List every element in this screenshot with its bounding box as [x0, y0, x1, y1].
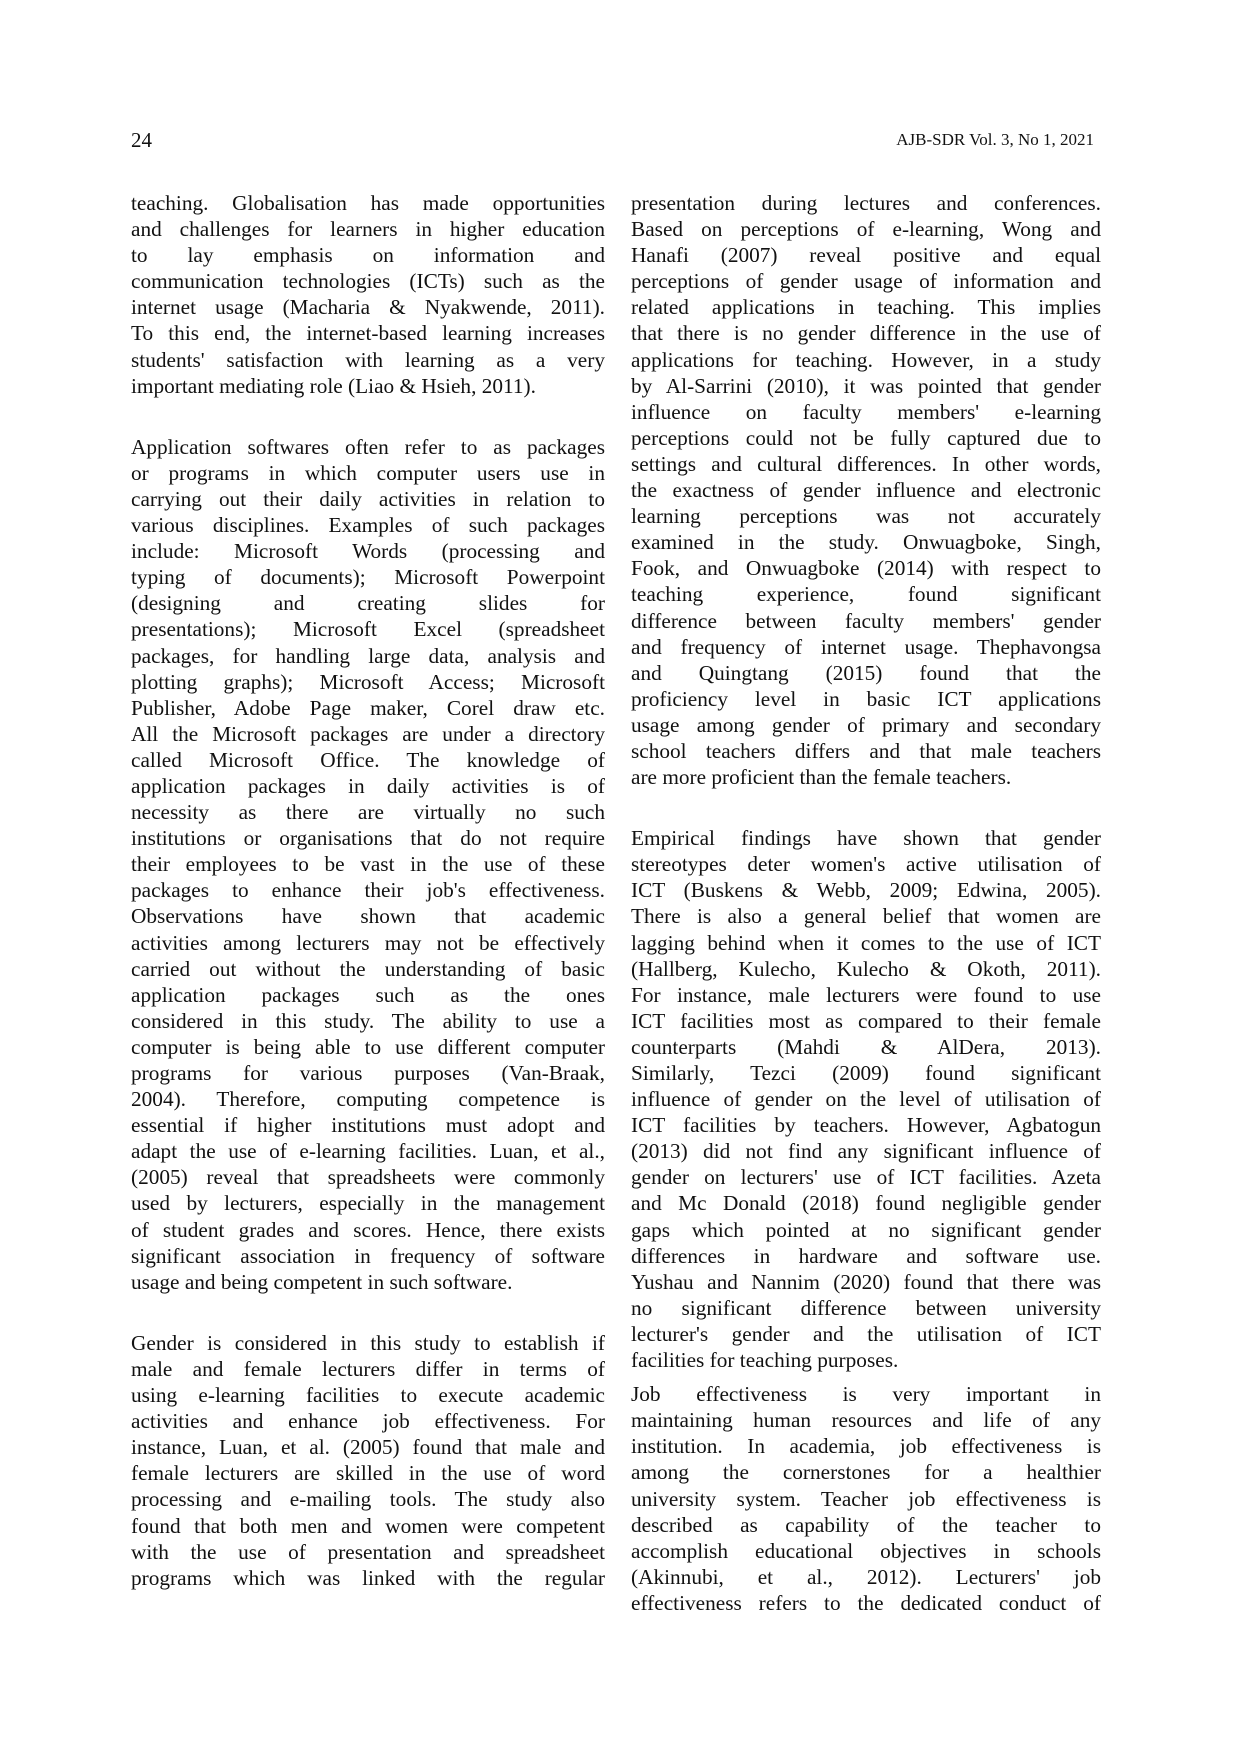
text-line: plotting graphs); Microsoft Access; Micr… — [131, 669, 605, 695]
text-line: computer is being able to use different … — [131, 1034, 605, 1060]
text-line: programs for various purposes (Van-Braak… — [131, 1060, 605, 1086]
text-line: teaching experience, found significant — [631, 581, 1101, 607]
text-line: applications for teaching. However, in a… — [631, 347, 1101, 373]
text-line: Gender is considered in this study to es… — [131, 1330, 605, 1356]
text-line: (Hallberg, Kulecho, Kulecho & Okoth, 201… — [631, 956, 1101, 982]
text-line: internet usage (Macharia & Nyakwende, 20… — [131, 294, 605, 320]
paragraph: Empirical findings have shown that gende… — [631, 825, 1101, 1373]
text-line: differences in hardware and software use… — [631, 1243, 1101, 1269]
text-line: learning perceptions was not accurately — [631, 503, 1101, 529]
paragraph-gap — [631, 790, 1101, 825]
text-line: male and female lecturers differ in term… — [131, 1356, 605, 1382]
text-line: processing and e-mailing tools. The stud… — [131, 1486, 605, 1512]
text-line: Based on perceptions of e-learning, Wong… — [631, 216, 1101, 242]
text-line: Hanafi (2007) reveal positive and equal — [631, 242, 1101, 268]
text-line: described as capability of the teacher t… — [631, 1512, 1101, 1538]
text-line: Similarly, Tezci (2009) found significan… — [631, 1060, 1101, 1086]
text-line: presentations); Microsoft Excel (spreads… — [131, 616, 605, 642]
paragraph: Gender is considered in this study to es… — [131, 1330, 605, 1591]
page-number: 24 — [131, 127, 152, 153]
text-line: and frequency of internet usage. Thephav… — [631, 634, 1101, 660]
text-line: the exactness of gender influence and el… — [631, 477, 1101, 503]
text-line: related applications in teaching. This i… — [631, 294, 1101, 320]
text-line: (designing and creating slides for — [131, 590, 605, 616]
text-line: institution. In academia, job effectiven… — [631, 1433, 1101, 1459]
text-line: lagging behind when it comes to the use … — [631, 930, 1101, 956]
text-line: called Microsoft Office. The knowledge o… — [131, 747, 605, 773]
text-line: are more proficient than the female teac… — [631, 764, 1101, 790]
text-line: influence on faculty members' e-learning — [631, 399, 1101, 425]
text-line: and challenges for learners in higher ed… — [131, 216, 605, 242]
text-line: perceptions could not be fully captured … — [631, 425, 1101, 451]
text-line: facilities for teaching purposes. — [631, 1347, 1101, 1373]
text-line: with the use of presentation and spreads… — [131, 1539, 605, 1565]
text-line: perceptions of gender usage of informati… — [631, 268, 1101, 294]
text-line: application packages such as the ones — [131, 982, 605, 1008]
text-line: found that both men and women were compe… — [131, 1513, 605, 1539]
text-line: accomplish educational objectives in sch… — [631, 1538, 1101, 1564]
text-line: packages to enhance their job's effectiv… — [131, 877, 605, 903]
text-line: carried out without the understanding of… — [131, 956, 605, 982]
text-line: To this end, the internet-based learning… — [131, 320, 605, 346]
text-line: usage among gender of primary and second… — [631, 712, 1101, 738]
text-line: Job effectiveness is very important in — [631, 1381, 1101, 1407]
text-line: effectiveness refers to the dedicated co… — [631, 1590, 1101, 1616]
text-line: activities among lecturers may not be ef… — [131, 930, 605, 956]
text-line: ICT facilities most as compared to their… — [631, 1008, 1101, 1034]
text-line: used by lecturers, especially in the man… — [131, 1190, 605, 1216]
text-line: typing of documents); Microsoft Powerpoi… — [131, 564, 605, 590]
text-line: various disciplines. Examples of such pa… — [131, 512, 605, 538]
text-line: school teachers differs and that male te… — [631, 738, 1101, 764]
text-line: adapt the use of e-learning facilities. … — [131, 1138, 605, 1164]
text-line: 2004). Therefore, computing competence i… — [131, 1086, 605, 1112]
text-line: institutions or organisations that do no… — [131, 825, 605, 851]
text-line: by Al-Sarrini (2010), it was pointed tha… — [631, 373, 1101, 399]
text-line: that there is no gender difference in th… — [631, 320, 1101, 346]
text-line: ICT facilities by teachers. However, Agb… — [631, 1112, 1101, 1138]
text-line: carrying out their daily activities in r… — [131, 486, 605, 512]
text-line: (2005) reveal that spreadsheets were com… — [131, 1164, 605, 1190]
text-line: or programs in which computer users use … — [131, 460, 605, 486]
text-line: significant association in frequency of … — [131, 1243, 605, 1269]
text-line: ICT (Buskens & Webb, 2009; Edwina, 2005)… — [631, 877, 1101, 903]
text-line: include: Microsoft Words (processing and — [131, 538, 605, 564]
text-line: Observations have shown that academic — [131, 903, 605, 929]
text-line: Publisher, Adobe Page maker, Corel draw … — [131, 695, 605, 721]
text-line: There is also a general belief that wome… — [631, 903, 1101, 929]
text-line: important mediating role (Liao & Hsieh, … — [131, 373, 605, 399]
text-line: (2013) did not find any significant infl… — [631, 1138, 1101, 1164]
text-line: no significant difference between univer… — [631, 1295, 1101, 1321]
text-line: gender on lecturers' use of ICT faciliti… — [631, 1164, 1101, 1190]
text-line: usage and being competent in such softwa… — [131, 1269, 605, 1295]
text-line: necessity as there are virtually no such — [131, 799, 605, 825]
text-line: essential if higher institutions must ad… — [131, 1112, 605, 1138]
paragraph: Job effectiveness is very important inma… — [631, 1381, 1101, 1616]
text-line: proficiency level in basic ICT applicati… — [631, 686, 1101, 712]
text-line: Fook, and Onwuagboke (2014) with respect… — [631, 555, 1101, 581]
text-line: presentation during lectures and confere… — [631, 190, 1101, 216]
text-line: gaps which pointed at no significant gen… — [631, 1217, 1101, 1243]
paragraph-gap — [631, 1373, 1101, 1381]
text-line: packages, for handling large data, analy… — [131, 643, 605, 669]
text-line: of student grades and scores. Hence, the… — [131, 1217, 605, 1243]
text-line: Yushau and Nannim (2020) found that ther… — [631, 1269, 1101, 1295]
paragraph: teaching. Globalisation has made opportu… — [131, 190, 605, 399]
text-line: examined in the study. Onwuagboke, Singh… — [631, 529, 1101, 555]
text-line: teaching. Globalisation has made opportu… — [131, 190, 605, 216]
text-line: counterparts (Mahdi & AlDera, 2013). — [631, 1034, 1101, 1060]
paragraph: Application softwares often refer to as … — [131, 434, 605, 1295]
text-line: female lecturers are skilled in the use … — [131, 1460, 605, 1486]
text-line: and Mc Donald (2018) found negligible ge… — [631, 1190, 1101, 1216]
text-line: For instance, male lecturers were found … — [631, 982, 1101, 1008]
text-line: difference between faculty members' gend… — [631, 608, 1101, 634]
text-line: communication technologies (ICTs) such a… — [131, 268, 605, 294]
left-column: teaching. Globalisation has made opportu… — [131, 190, 605, 1591]
text-line: programs which was linked with the regul… — [131, 1565, 605, 1591]
text-line: Application softwares often refer to as … — [131, 434, 605, 460]
text-line: stereotypes deter women's active utilisa… — [631, 851, 1101, 877]
running-head: AJB-SDR Vol. 3, No 1, 2021 — [896, 129, 1094, 151]
paragraph-gap — [131, 1295, 605, 1330]
text-line: influence of gender on the level of util… — [631, 1086, 1101, 1112]
text-line: Empirical findings have shown that gende… — [631, 825, 1101, 851]
text-line: All the Microsoft packages are under a d… — [131, 721, 605, 747]
text-line: (Akinnubi, et al., 2012). Lecturers' job — [631, 1564, 1101, 1590]
text-line: their employees to be vast in the use of… — [131, 851, 605, 877]
text-line: university system. Teacher job effective… — [631, 1486, 1101, 1512]
text-line: activities and enhance job effectiveness… — [131, 1408, 605, 1434]
text-line: lecturer's gender and the utilisation of… — [631, 1321, 1101, 1347]
text-line: application packages in daily activities… — [131, 773, 605, 799]
text-line: among the cornerstones for a healthier — [631, 1459, 1101, 1485]
text-line: to lay emphasis on information and — [131, 242, 605, 268]
text-line: instance, Luan, et al. (2005) found that… — [131, 1434, 605, 1460]
text-line: considered in this study. The ability to… — [131, 1008, 605, 1034]
page-header: 24 AJB-SDR Vol. 3, No 1, 2021 — [131, 127, 1110, 157]
text-line: settings and cultural differences. In ot… — [631, 451, 1101, 477]
paragraph: presentation during lectures and confere… — [631, 190, 1101, 790]
text-line: maintaining human resources and life of … — [631, 1407, 1101, 1433]
text-line: using e-learning facilities to execute a… — [131, 1382, 605, 1408]
text-line: students' satisfaction with learning as … — [131, 347, 605, 373]
right-column: presentation during lectures and confere… — [631, 190, 1101, 1616]
text-line: and Quingtang (2015) found that the — [631, 660, 1101, 686]
paragraph-gap — [131, 399, 605, 434]
